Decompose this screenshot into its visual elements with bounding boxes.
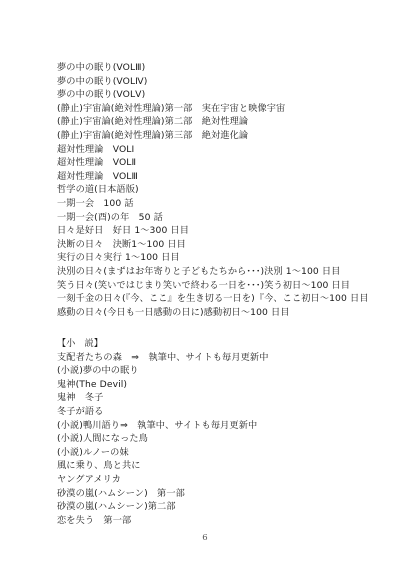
list-item: 風に乗り、鳥と共に [57,459,268,473]
list-item: 砂漠の嵐(ハムシーン) 第一部 [57,487,268,501]
list-item: 哲学の道(日本語版) [57,183,369,197]
list-item: 笑う日々(笑いではじまり笑いで終わる一日を･･･)笑う初日～100 日目 [57,279,369,293]
list-item: 超対性理論 VOLⅢ [57,170,369,184]
works-list: 夢の中の眠り(VOLⅢ) 夢の中の眠り(VOLⅣ) 夢の中の眠り(VOLⅤ) (… [57,61,369,319]
list-item: 恋を失う 第一部 [57,514,268,528]
list-item: (静止)宇宙論(絶対性理論)第二部 絶対性理論 [57,115,369,129]
list-item: (小説)鴨川語り⇒ 執筆中、サイトも毎月更新中 [57,419,268,433]
list-item: 鬼神(The Devil) [57,378,268,392]
list-item: 冬子が語る [57,405,268,419]
list-item: 超対性理論 VOLⅠ [57,143,369,157]
list-item: 決別の日々(まずはお年寄りと子どもたちから･･･)決別 1～100 日目 [57,265,369,279]
list-item: 砂漠の嵐(ハムシーン)第二部 [57,500,268,514]
list-item: 鬼神 冬子 [57,391,268,405]
list-item: (小説)人間になった鳥 [57,432,268,446]
list-item: (小説)ルノーの妹 [57,446,268,460]
list-item: 夢の中の眠り(VOLⅤ) [57,88,369,102]
novels-section: 【小 説】 支配者たちの森 ⇒ 執筆中、サイトも毎月更新中 (小説)夢の中の眠り… [57,337,268,527]
list-item: (静止)宇宙論(絶対性理論)第三部 絶対進化論 [57,129,369,143]
list-item: (静止)宇宙論(絶対性理論)第一部 実在宇宙と映像宇宙 [57,102,369,116]
section-heading: 【小 説】 [57,337,268,351]
list-item: 日々是好日 好日 1～300 日目 [57,224,369,238]
list-item: 決断の日々 決断1～100 日目 [57,238,369,252]
list-item: 支配者たちの森 ⇒ 執筆中、サイトも毎月更新中 [57,351,268,365]
list-item: 一期一会 100 話 [57,197,369,211]
document-page: 夢の中の眠り(VOLⅢ) 夢の中の眠り(VOLⅣ) 夢の中の眠り(VOLⅤ) (… [0,0,410,580]
list-item: 一刻千金の日々(『今、ここ』を生き切る一日を)『今、ここ初日～100 日目 [57,292,369,306]
list-item: 夢の中の眠り(VOLⅢ) [57,61,369,75]
list-item: 一期一会(酉)の年 50 話 [57,211,369,225]
list-item: (小説)夢の中の眠り [57,364,268,378]
list-item: 実行の日々実行 1～100 日目 [57,251,369,265]
list-item: 超対性理論 VOLⅡ [57,156,369,170]
list-item: 夢の中の眠り(VOLⅣ) [57,75,369,89]
list-item: 感動の日々(今日も一日感動の日に)感動初日～100 日目 [57,306,369,320]
list-item: ヤングアメリカ [57,473,268,487]
page-number: 6 [0,533,410,543]
